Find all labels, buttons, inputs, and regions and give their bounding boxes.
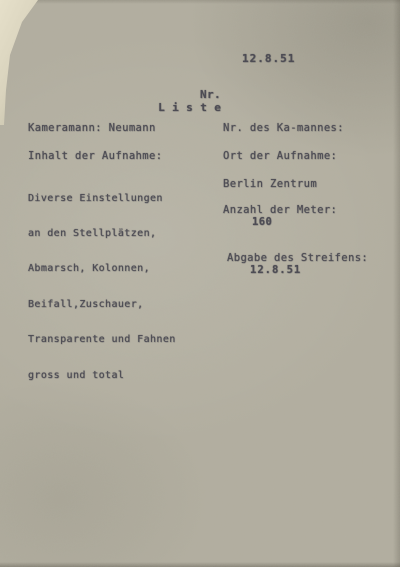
scanned-document-page: 12.8.51 L i s t e Nr. Kameramann: Neuman… (0, 0, 400, 567)
title-number-label: Nr. (200, 88, 221, 101)
content-label: Inhalt der Aufnahme: (28, 150, 162, 162)
document-date: 12.8.51 (242, 52, 295, 65)
content-description: Diverse Einstellungen an den Stellplätze… (28, 169, 176, 405)
content-line: Transparente und Fahnen (28, 334, 176, 346)
location-value: Berlin Zentrum (223, 178, 317, 190)
meters-label: Anzahl der Meter: (223, 204, 337, 216)
content-line: gross und total (28, 370, 176, 382)
torn-page-corner (0, 0, 46, 125)
content-line: Beifall,Zuschauer, (28, 299, 176, 311)
ka-number-label: Nr. des Ka-mannes: (223, 122, 344, 134)
meters-value: 160 (252, 216, 272, 228)
content-line: an den Stellplätzen, (28, 228, 176, 240)
delivery-date: 12.8.51 (250, 264, 301, 276)
delivery-label: Abgabe des Streifens: (227, 252, 368, 264)
cameraman-line: Kameramann: Neumann (28, 122, 156, 134)
content-line: Diverse Einstellungen (28, 193, 176, 205)
location-label: Ort der Aufnahme: (223, 150, 337, 162)
title-word: L i s t e (158, 101, 221, 114)
content-line: Abmarsch, Kolonnen, (28, 263, 176, 275)
